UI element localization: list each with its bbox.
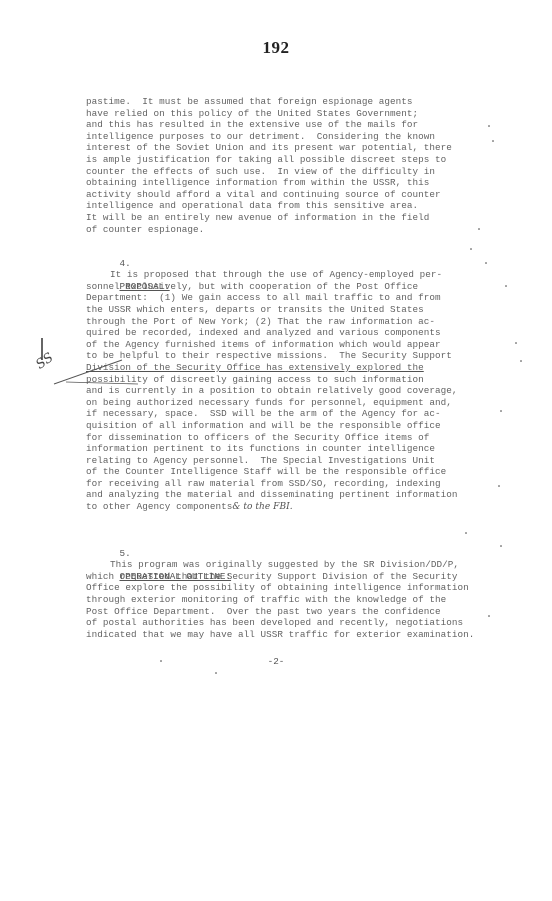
text-line: through exterior monitoring of traffic w…: [86, 594, 526, 606]
scan-speck: [505, 285, 507, 287]
text-line: of counter espionage.: [86, 224, 526, 236]
text-line: quired be recorded, indexed and analyzed…: [86, 327, 526, 339]
text-line: on being authorized necessary funds for …: [86, 397, 526, 409]
scan-speck: [500, 410, 502, 412]
scan-speck: [515, 342, 517, 344]
text-line: sonnel exclusively, but with cooperation…: [86, 281, 526, 293]
text-line: for receiving all raw material from SSD/…: [86, 478, 526, 490]
text-line: to be helpful to their respective missio…: [86, 350, 526, 362]
text-line: which requested that the Security Suppor…: [86, 571, 526, 583]
section-4-heading: 4. PROPOSAL:: [86, 246, 526, 258]
text-line: is ample justification for taking all po…: [86, 154, 526, 166]
scan-speck: [492, 140, 494, 142]
text-line: It will be an entirely new avenue of inf…: [86, 212, 526, 224]
document-page: 192 pastime. It must be assumed that for…: [0, 0, 552, 901]
scan-speck: [470, 248, 472, 250]
text-line: through the Port of New York; (2) That t…: [86, 316, 526, 328]
text-line: intelligence purposes to our detriment. …: [86, 131, 526, 143]
text-line: intelligence and operational data from t…: [86, 200, 526, 212]
section-4: 4. PROPOSAL: It is proposed that through…: [86, 246, 526, 513]
text-line: possibility of discreetly gaining access…: [86, 374, 526, 386]
text-line: Department: (1) We gain access to all ma…: [86, 292, 526, 304]
scan-speck: [485, 262, 487, 264]
text-line: of the Agency furnished items of informa…: [86, 339, 526, 351]
text-line: and is currently in a position to obtain…: [86, 385, 526, 397]
text-line: and this has resulted in the extensive u…: [86, 119, 526, 131]
text-line: It is proposed that through the use of A…: [86, 269, 526, 281]
scan-speck: [520, 360, 522, 362]
text-line: Post Office Department. Over the past tw…: [86, 606, 526, 618]
scan-speck: [498, 485, 500, 487]
text-line: interest of the Soviet Union and its pre…: [86, 142, 526, 154]
scan-speck: [215, 672, 217, 674]
section-number: 5.: [119, 548, 130, 559]
scan-speck: [500, 545, 502, 547]
text-line-final: to other Agency components& to the FBI.: [86, 501, 526, 513]
text-line: activity should afford a vital and conti…: [86, 189, 526, 201]
text-line: of the Counter Intelligence Staff will b…: [86, 466, 526, 478]
page-number-top: 192: [0, 38, 552, 58]
section-5-heading: 5. OPERATIONAL OUTLINE:: [86, 536, 526, 548]
text-line: quisition of all information and will be…: [86, 420, 526, 432]
scan-speck: [160, 660, 162, 662]
underlined-text-line: Division of the Security Office has exte…: [86, 362, 526, 374]
text-line: of postal authorities has been developed…: [86, 617, 526, 629]
text-line: pastime. It must be assumed that foreign…: [86, 96, 526, 108]
scan-speck: [488, 125, 490, 127]
text-line: information pertinent to its functions i…: [86, 443, 526, 455]
text-line: Office explore the possibility of obtain…: [86, 582, 526, 594]
scan-speck: [488, 615, 490, 617]
text-line: This program was originally suggested by…: [86, 559, 526, 571]
page-number-bottom: -2-: [0, 656, 552, 667]
text-line: relating to Agency personnel. The Specia…: [86, 455, 526, 467]
intro-paragraph: pastime. It must be assumed that foreign…: [86, 96, 526, 235]
scan-speck: [465, 532, 467, 534]
text-line: if necessary, space. SSD will be the arm…: [86, 408, 526, 420]
scan-speck: [478, 228, 480, 230]
text-line: and analyzing the material and dissemina…: [86, 489, 526, 501]
text-line: have relied on this policy of the United…: [86, 108, 526, 120]
text-line: for dissemination to officers of the Sec…: [86, 432, 526, 444]
text-line: counter the effects of such use. In view…: [86, 166, 526, 178]
text-line: indicated that we may have all USSR traf…: [86, 629, 526, 641]
text-line: the USSR which enters, departs or transi…: [86, 304, 526, 316]
section-number: 4.: [119, 258, 130, 269]
section-5: 5. OPERATIONAL OUTLINE: This program was…: [86, 536, 526, 640]
handwritten-insert: & to the FBI.: [232, 502, 292, 512]
text-fragment: to other Agency components: [86, 501, 232, 512]
text-line: obtaining intelligence information from …: [86, 177, 526, 189]
margin-arrow-icon: [52, 354, 142, 388]
